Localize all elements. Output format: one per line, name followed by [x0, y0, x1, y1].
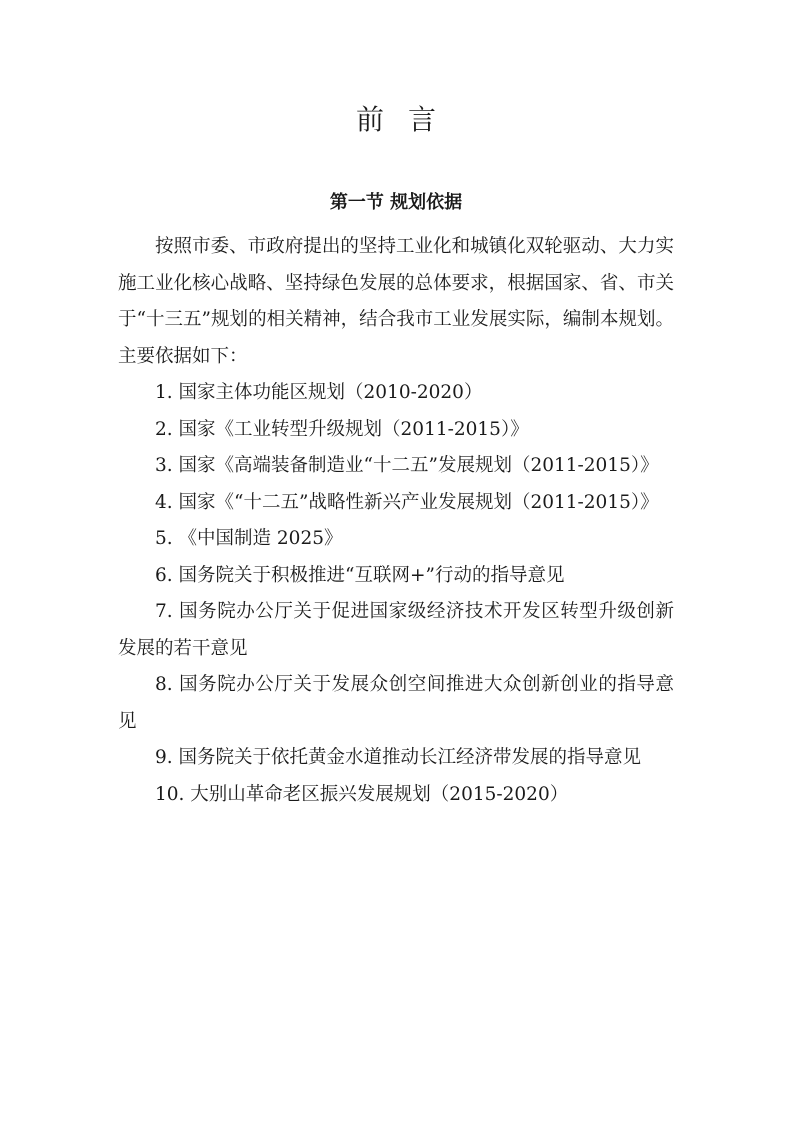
document-body: 按照市委、市政府提出的坚持工业化和城镇化双轮驱动、大力实施工业化核心战略、坚持绿… — [118, 229, 674, 813]
intro-paragraph: 按照市委、市政府提出的坚持工业化和城镇化双轮驱动、大力实施工业化核心战略、坚持绿… — [118, 229, 674, 375]
basis-item: 5. 《中国制造 2025》 — [118, 521, 674, 558]
basis-item: 7. 国务院办公厅关于促进国家级经济技术开发区转型升级创新发展的若干意见 — [118, 594, 674, 667]
basis-item: 10. 大别山革命老区振兴发展规划（2015-2020） — [118, 777, 674, 814]
basis-item: 9. 国务院关于依托黄金水道推动长江经济带发展的指导意见 — [118, 740, 674, 777]
basis-item: 6. 国务院关于积极推进“互联网+”行动的指导意见 — [118, 558, 674, 595]
basis-item: 3. 国家《高端装备制造业“十二五”发展规划（2011-2015）》 — [118, 448, 674, 485]
basis-item: 1. 国家主体功能区规划（2010-2020） — [118, 375, 674, 412]
page-title: 前言 — [118, 98, 674, 138]
basis-item: 2. 国家《工业转型升级规划（2011-2015）》 — [118, 412, 674, 449]
section-heading: 第一节 规划依据 — [118, 188, 674, 214]
basis-item: 4. 国家《“十二五”战略性新兴产业发展规划（2011-2015）》 — [118, 485, 674, 522]
basis-item: 8. 国务院办公厅关于发展众创空间推进大众创新创业的指导意见 — [118, 667, 674, 740]
